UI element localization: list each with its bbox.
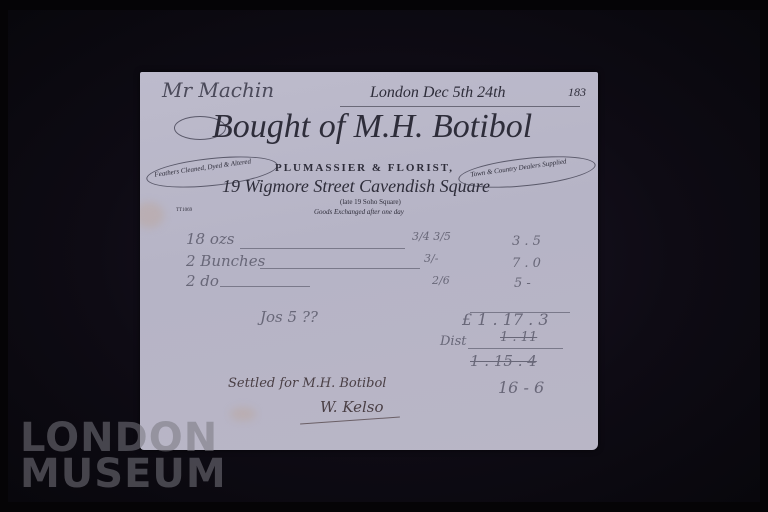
customer-name: Mr Machin	[162, 78, 274, 102]
goods-notice: Goods Exchanged after one day	[314, 208, 404, 216]
watermark-line2: MUSEUM	[20, 454, 227, 494]
address: 19 Wigmore Street Cavendish Square	[222, 176, 490, 197]
item-rate: 2/6	[432, 274, 450, 287]
discount-label: Dist	[440, 334, 466, 349]
balance: 16 - 6	[498, 378, 544, 397]
total: £ 1 . 17 . 3	[462, 310, 549, 329]
signature-settled: Settled for M.H. Botibol	[228, 376, 386, 391]
item-rate: 3/-	[424, 252, 438, 265]
receipt-paper: Mr Machin London Dec 5th 24th 183 Bought…	[140, 72, 598, 450]
item-qty: 2 Bunches	[186, 252, 265, 270]
place-date: London Dec 5th 24th	[370, 84, 506, 102]
item-qty: 2 do	[186, 272, 219, 290]
paper-stain	[230, 407, 256, 421]
year-prefix: 183	[568, 85, 586, 100]
item-qty: 18 ozs	[186, 230, 235, 248]
discount: 1 . 11	[500, 330, 537, 345]
former-address: (late 19 Soho Square)	[340, 198, 401, 206]
net-rule	[468, 348, 563, 349]
trade-title: PLUMASSIER & FLORIST,	[275, 162, 454, 174]
item-amount: 3 . 5	[512, 234, 541, 249]
item-amount: 7 . 0	[512, 256, 541, 271]
date-underline	[340, 106, 580, 107]
item-rate: 3/4 3/5	[412, 230, 451, 243]
note: Jos 5 ??	[260, 308, 318, 326]
item-line	[260, 268, 420, 269]
signature-name: W. Kelso	[320, 398, 384, 416]
item-line	[220, 286, 310, 287]
heading: Bought of M.H. Botibol	[212, 108, 532, 146]
catalogue-mark: TT1069	[176, 208, 192, 213]
item-amount: 5 -	[514, 276, 531, 291]
signature-flourish	[300, 417, 400, 425]
item-line	[240, 248, 405, 249]
paper-stain	[140, 202, 164, 228]
net: 1 . 15 . 4	[470, 352, 537, 370]
